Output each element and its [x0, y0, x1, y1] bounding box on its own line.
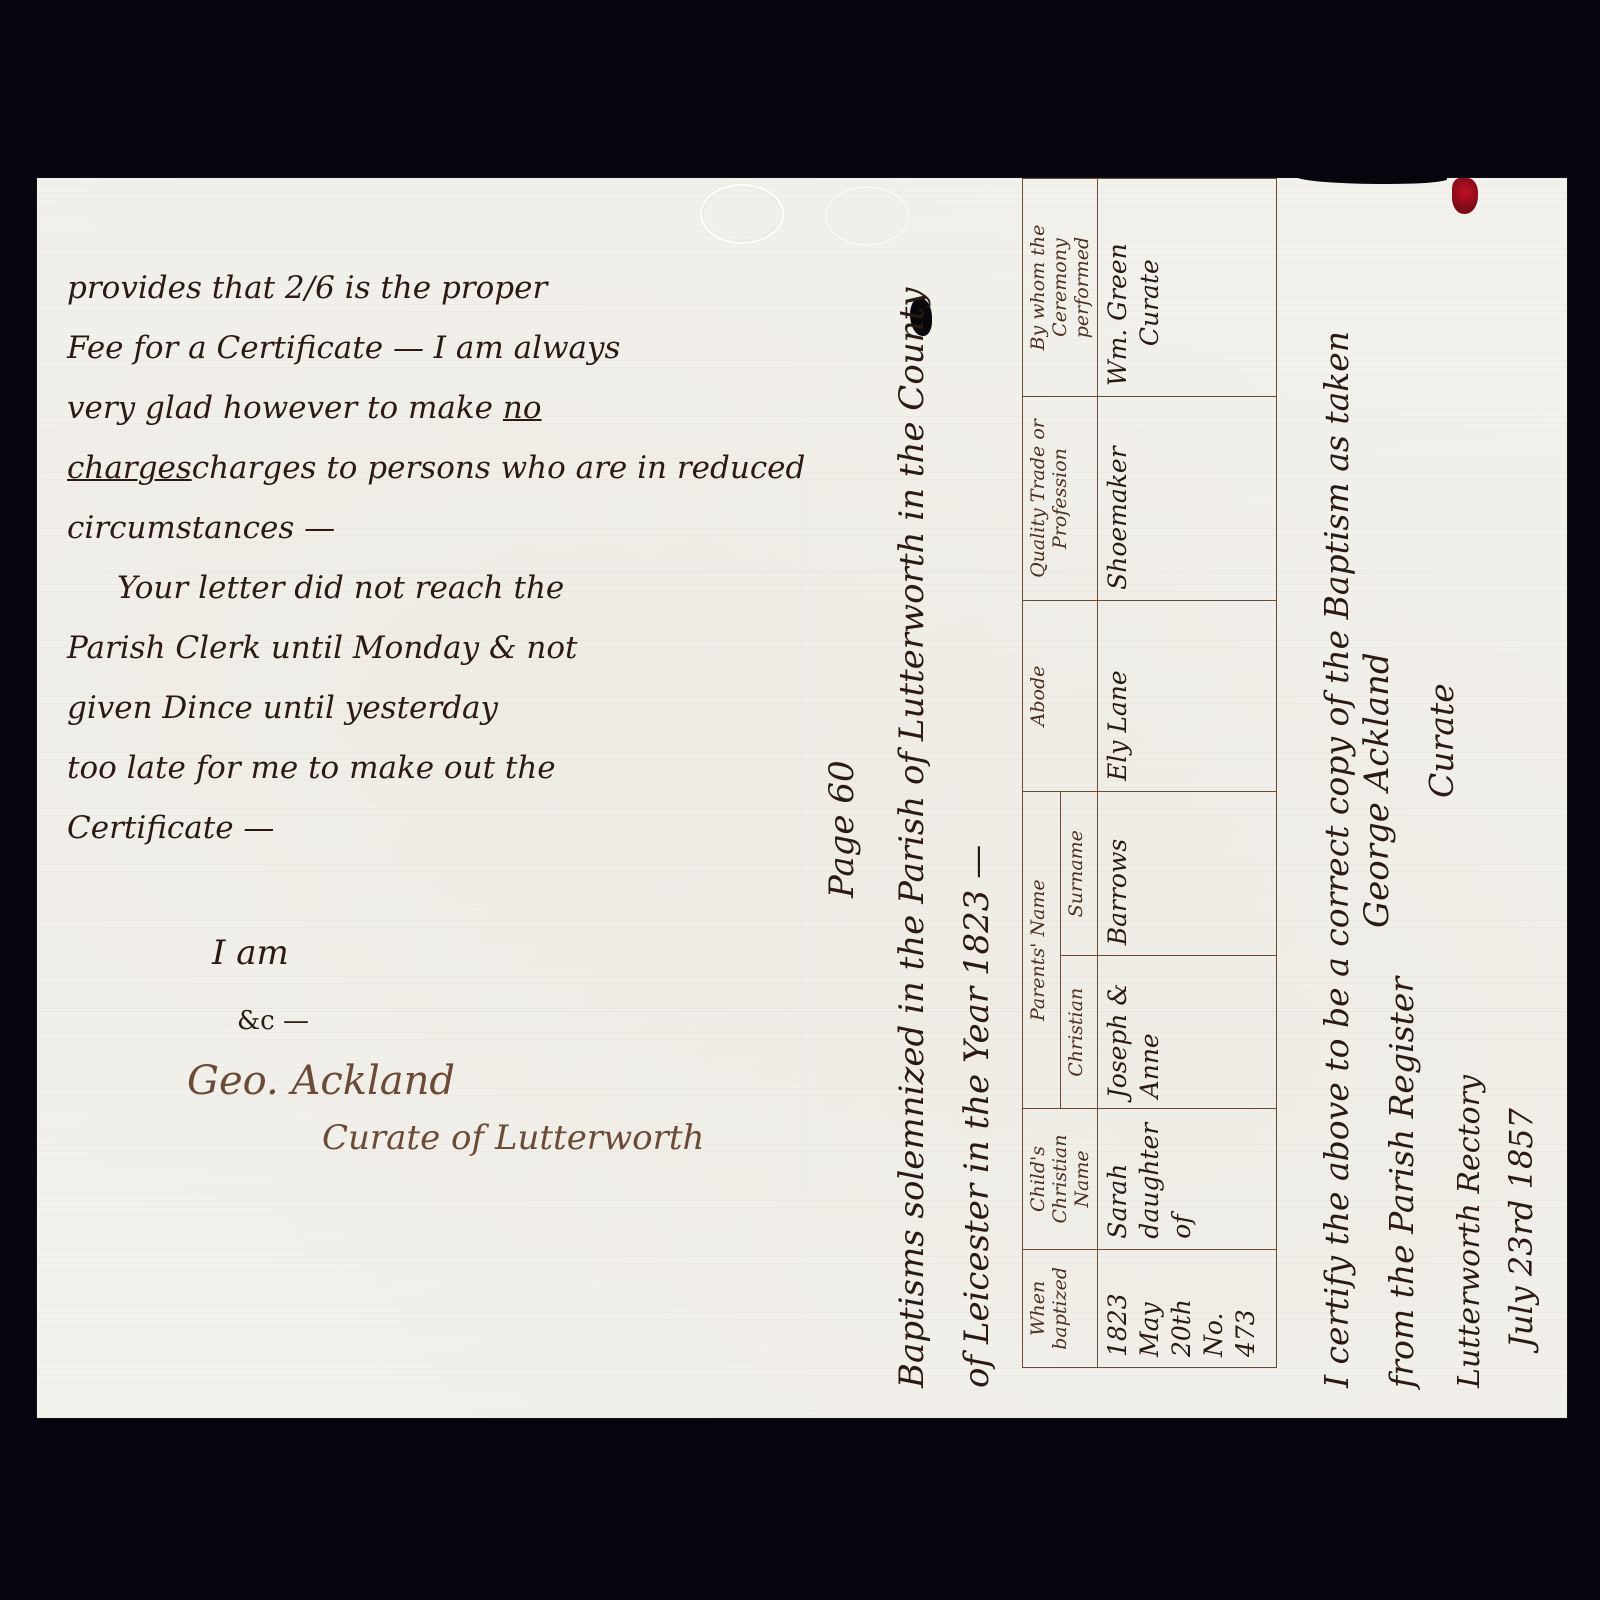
- letter-body: provides that 2/6 is the proper Fee for …: [67, 258, 787, 858]
- register-heading: Baptisms solemnized in the Parish of Lut…: [892, 288, 932, 1388]
- letter-line: Parish Clerk until Monday & not: [67, 618, 787, 678]
- letter-line: Fee for a Certificate — I am always: [67, 318, 787, 378]
- certification-text: from the Parish Register: [1382, 977, 1421, 1388]
- letter-line: very glad however to make no: [67, 378, 787, 438]
- certifier-title: Curate: [1422, 683, 1461, 798]
- register-page: Page 60 Baptisms solemnized in the Paris…: [802, 178, 1567, 1418]
- table-row: 1823 May 20th No. 473 Sarah daughter of …: [1098, 179, 1277, 1368]
- signature: Geo. Ackland: [187, 1058, 455, 1104]
- cell-surname: Barrows: [1098, 792, 1277, 956]
- cell-abode: Ely Lane: [1098, 600, 1277, 791]
- certificate-date: July 23rd 1857: [1502, 1108, 1540, 1348]
- underlined-word: no: [503, 390, 542, 426]
- cell-quality: Shoemaker: [1098, 397, 1277, 601]
- letter-line: Your letter did not reach the: [67, 558, 787, 618]
- cell-parents-christian: Joseph & Anne: [1098, 956, 1277, 1109]
- column-header-quality: Quality Trade or Profession: [1023, 397, 1098, 601]
- column-header-christian: Christian: [1060, 956, 1098, 1109]
- document-sheet: provides that 2/6 is the proper Fee for …: [37, 178, 1567, 1418]
- table-header-row: When baptized Child's Christian Name Par…: [1023, 179, 1061, 1368]
- signature-title: Curate of Lutterworth: [322, 1118, 704, 1158]
- certifier-signature: George Ackland: [1357, 652, 1397, 928]
- column-header-when: When baptized: [1023, 1249, 1098, 1367]
- underlined-word: charges: [67, 450, 192, 486]
- embossed-stationer-stamp: [700, 184, 784, 244]
- letter-closing: I am: [212, 933, 289, 973]
- letter-line: chargescharges to persons who are in red…: [67, 438, 787, 498]
- letter-line: Certificate —: [67, 798, 787, 858]
- column-header-parents: Parents' Name: [1023, 792, 1061, 1109]
- register-page-number: Page 60: [822, 760, 862, 898]
- letter-line: circumstances —: [67, 498, 787, 558]
- baptism-register-table: When baptized Child's Christian Name Par…: [1022, 178, 1277, 1368]
- certificate-place: Lutterworth Rectory: [1452, 1075, 1487, 1388]
- column-header-child: Child's Christian Name: [1023, 1109, 1098, 1249]
- letter-line: provides that 2/6 is the proper: [67, 258, 787, 318]
- column-header-abode: Abode: [1023, 600, 1098, 791]
- letter-line: too late for me to make out the: [67, 738, 787, 798]
- cell-when: 1823 May 20th No. 473: [1098, 1249, 1277, 1367]
- register-heading: of Leicester in the Year 1823 —: [957, 845, 997, 1388]
- cell-by-whom: Wm. Green Curate: [1098, 179, 1277, 397]
- letter-line: given Dince until yesterday: [67, 678, 787, 738]
- certification-text: I certify the above to be a correct copy…: [1317, 331, 1356, 1388]
- letter-closing-etc: &c —: [237, 1006, 309, 1036]
- cell-child: Sarah daughter of: [1098, 1109, 1277, 1249]
- column-header-by-whom: By whom the Ceremony performed: [1023, 179, 1098, 397]
- column-header-surname: Surname: [1060, 792, 1098, 956]
